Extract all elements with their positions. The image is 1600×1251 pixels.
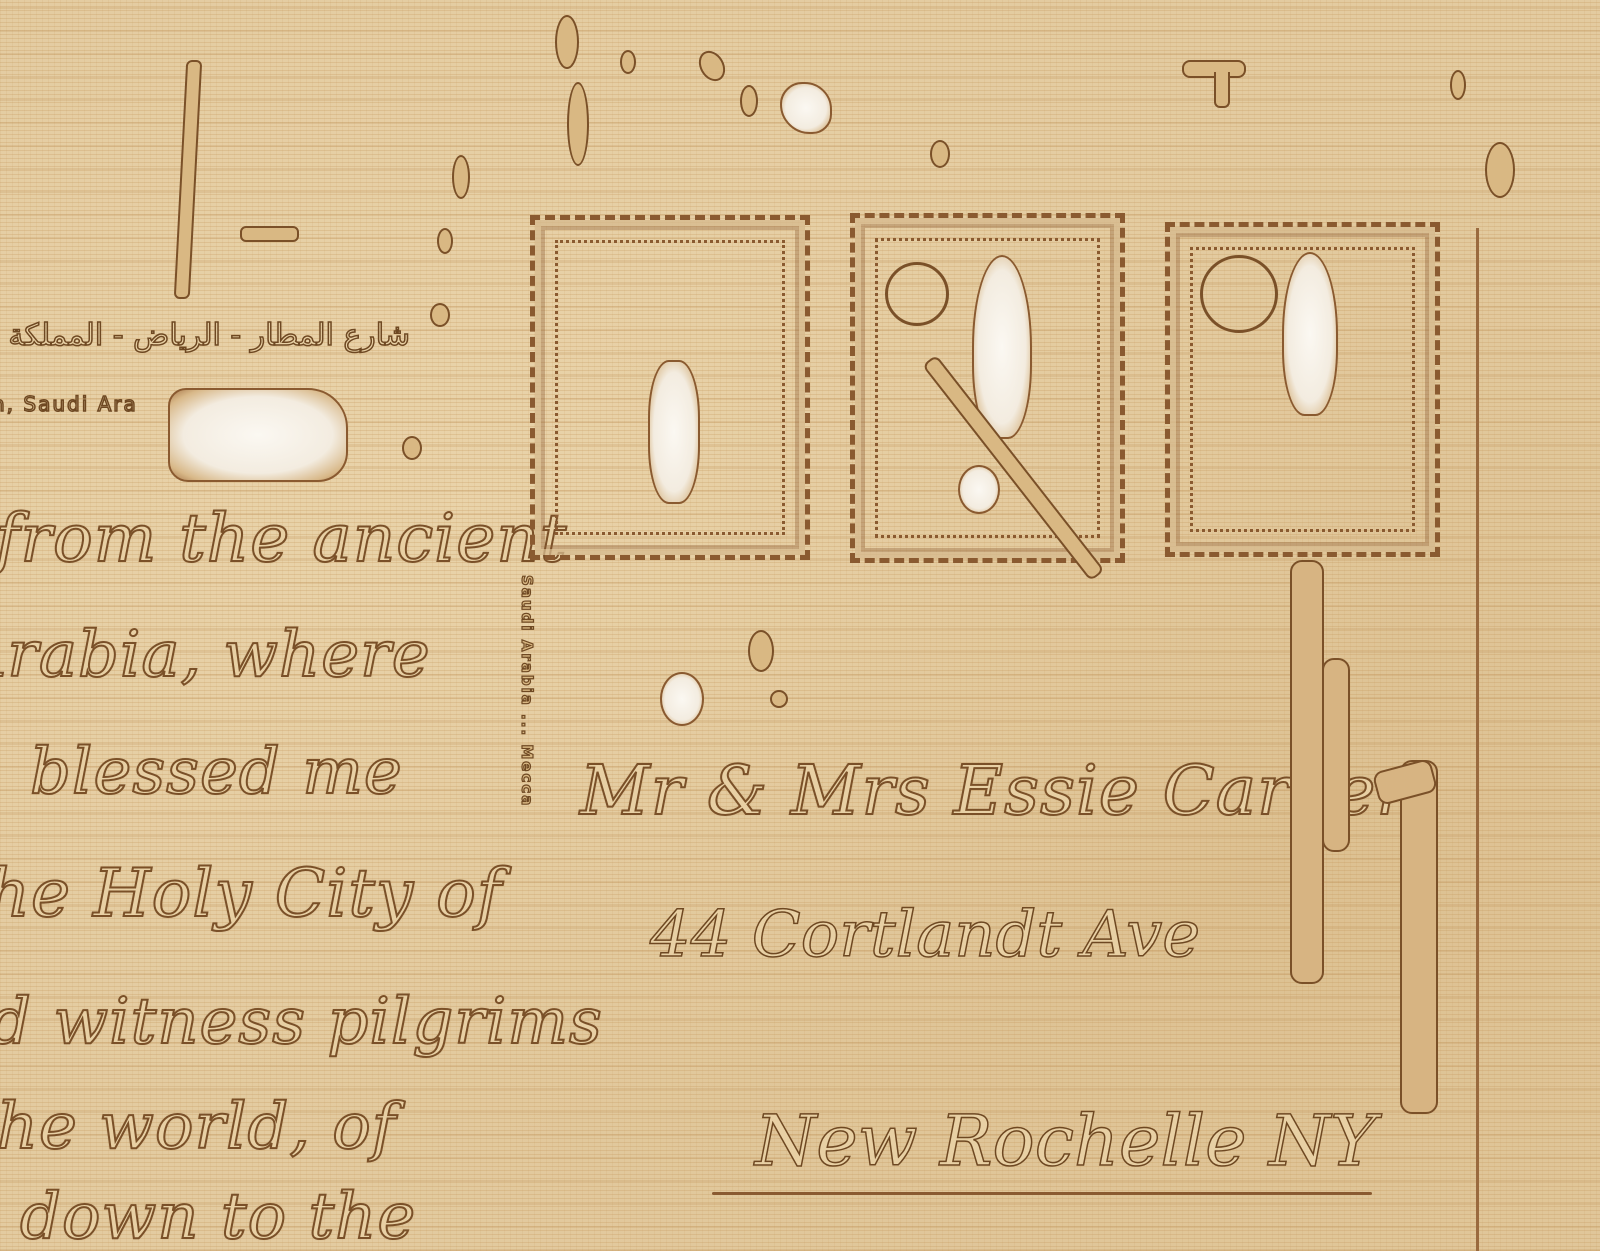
ink-blob [1450,70,1466,100]
message-line: down to the [20,1180,416,1251]
ink-glyph-t-stem [1214,72,1230,108]
ink-stroke-vertical [1400,760,1438,1114]
recipient-name: Mr & Mrs Essie Carder [580,752,1410,831]
address-underline [712,1192,1372,1195]
ink-blob [402,436,422,460]
ink-stroke-vertical [1290,560,1324,984]
card-border-line [1476,228,1479,1251]
cutout-hole [780,82,832,134]
stamp-frame [555,240,785,535]
ink-blob [430,303,450,327]
ink-stroke-vertical [1322,658,1350,852]
margin-vertical-text: Saudi Arabia ... Mecca [518,575,536,1215]
message-line: the Holy City of [0,855,502,932]
ink-blob [555,15,579,69]
ink-blob [770,690,788,708]
seal-icon [1200,255,1278,333]
ink-blob [567,82,589,166]
ink-stroke-vertical [174,60,203,299]
cutout-hole [168,388,348,482]
ink-blob [694,46,731,86]
ink-blob [452,155,470,199]
cutout-hole [660,672,704,726]
message-line: d witness pilgrims [0,985,603,1059]
message-line: blessed me [30,735,403,809]
message-line: the world, of [0,1090,396,1164]
postage-stamp-1 [530,215,810,560]
ink-dash [240,226,299,242]
ink-blob [620,50,636,74]
ink-blob [437,228,453,254]
return-address-arabic: شارع المطار - الرياض - المملكة [8,318,410,353]
postage-stamp-2 [850,213,1125,563]
message-line: from the ancient [0,500,567,577]
ink-blob [748,630,774,672]
recipient-street: 44 Cortlandt Ave [650,898,1200,972]
ink-blob [930,140,950,168]
return-address-english: n, Saudi Ara [0,392,138,416]
message-line: Arabia, where [0,618,431,692]
ink-blob [740,85,758,117]
recipient-city: New Rochelle NY [755,1100,1376,1182]
seal-icon [885,262,949,326]
ink-blob [1485,142,1515,198]
